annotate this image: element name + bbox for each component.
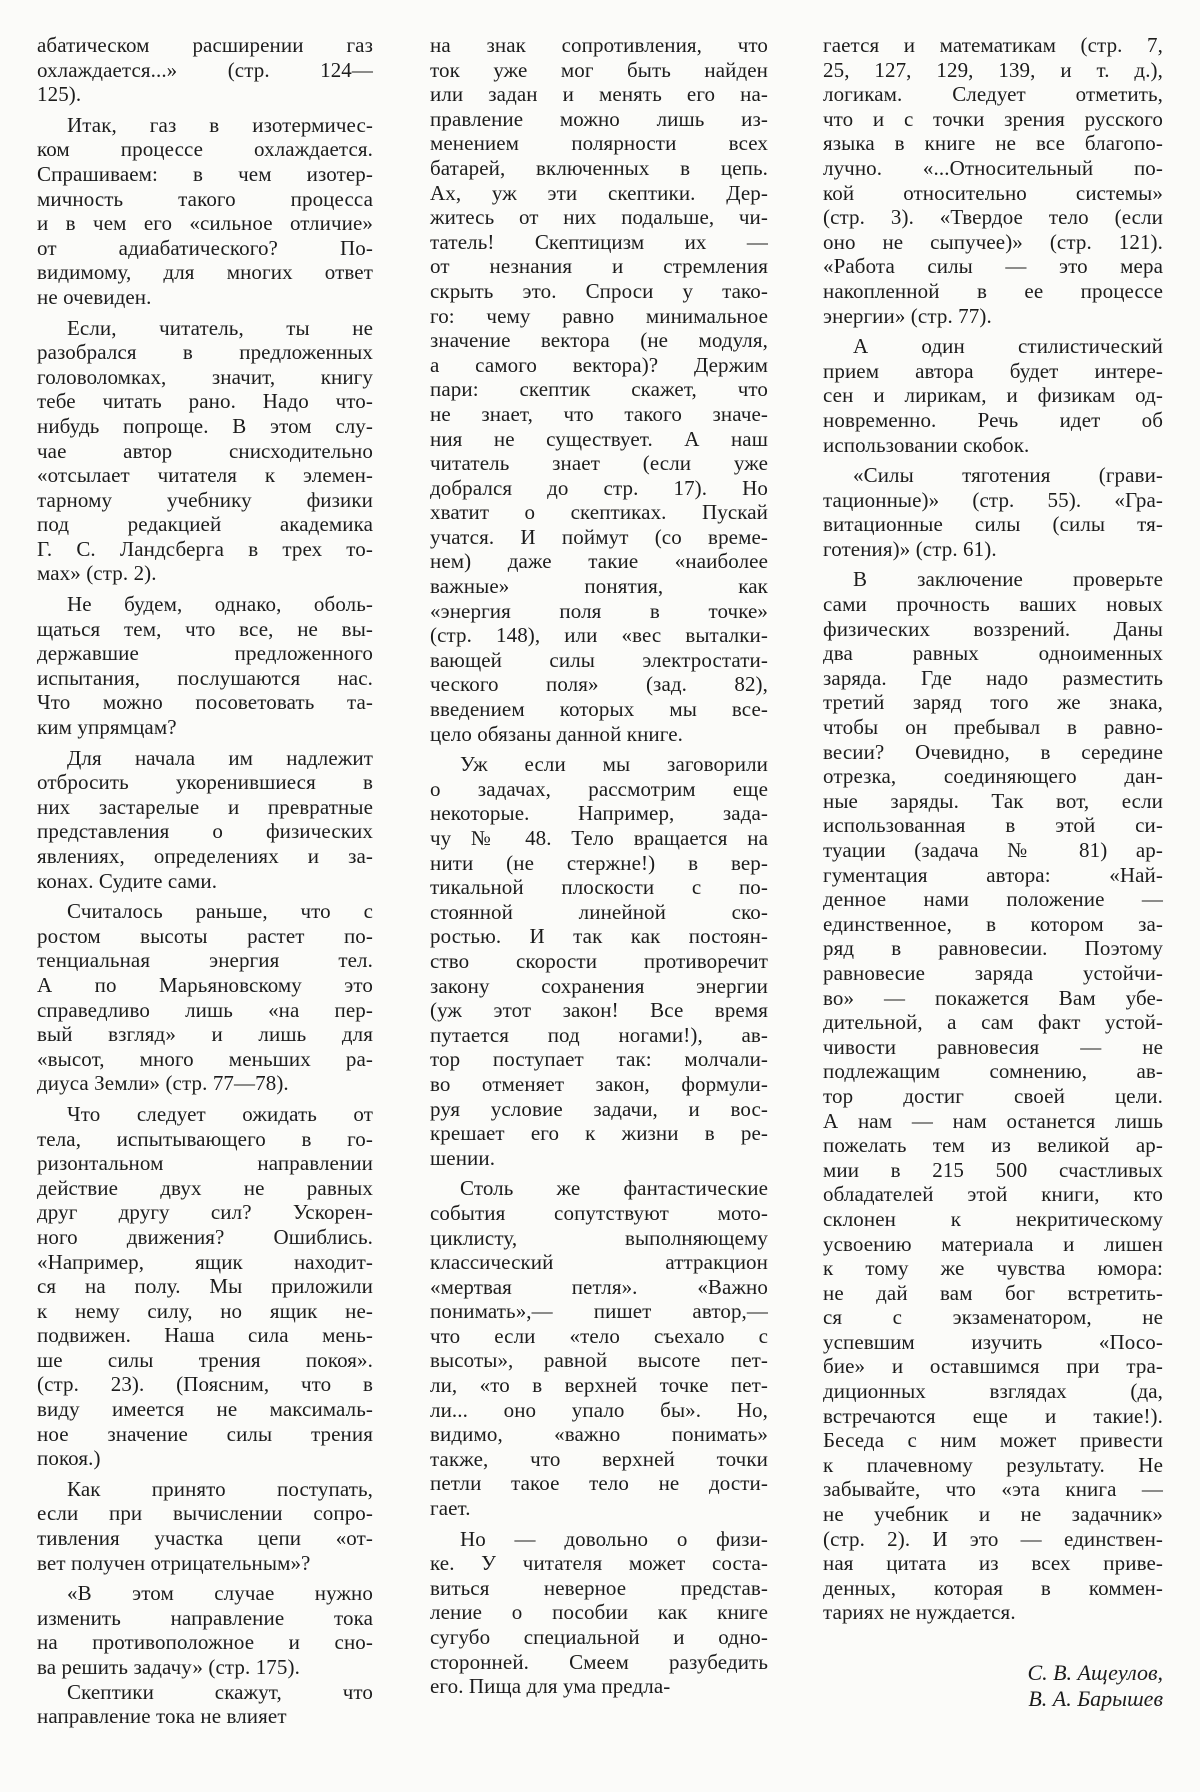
text-line: обладателей этой книги, кто [823, 1182, 1163, 1207]
text-line: петли такое тело не дости- [430, 1471, 768, 1496]
text-line: «мертвая петля». «Важно [430, 1275, 768, 1300]
text-line: сен и лирикам, и физикам од- [823, 383, 1163, 408]
text-line: Для начала им надлежит [37, 746, 373, 771]
text-line: «В этом случае нужно [37, 1581, 373, 1606]
text-line: действие двух не равных [37, 1176, 373, 1201]
text-line: ление о пособии как книге [430, 1600, 768, 1625]
text-line: мии в 215 500 счастливых [823, 1158, 1163, 1183]
text-line: важные» понятия, как [430, 574, 768, 599]
text-line: равновесие заряда устойчи- [823, 961, 1163, 986]
text-line: кой относительно системы» [823, 181, 1163, 206]
text-line: Ах, уж эти скептики. Дер- [430, 181, 768, 206]
text-line: ся с экзаменатором, не [823, 1305, 1163, 1330]
text-line: Не будем, однако, оболь- [37, 592, 373, 617]
text-line: ния не существует. А наш [430, 427, 768, 452]
text-line: пари: скептик скажет, что [430, 377, 768, 402]
author-name-2: В. А. Барышев [997, 1686, 1163, 1712]
text-line: разобрался в предложенных [37, 340, 373, 365]
text-line: ва решить задачу» (стр. 175). [37, 1655, 373, 1680]
text-line: к плачевному результату. Не [823, 1453, 1163, 1478]
text-line: шении. [430, 1146, 768, 1171]
text-line: направление тока не влияет [37, 1704, 373, 1729]
text-line: оно не сыпучее)» (стр. 121). [823, 230, 1163, 255]
text-line: батарей, включенных в цепь. [430, 156, 768, 181]
paragraph: В заключение проверьтесами прочность ваш… [823, 567, 1163, 1625]
text-line: чтобы он пребывал в равно- [823, 715, 1163, 740]
text-line: физических воззрений. Даны [823, 617, 1163, 642]
text-line: «Силы тяготения (грави- [823, 463, 1163, 488]
text-line: Беседа с ним может привести [823, 1428, 1163, 1453]
text-line: не учебник и не задачник» [823, 1502, 1163, 1527]
author-name-1: С. В. Ащеулов, [997, 1660, 1163, 1686]
text-line: к тому же чувства юмора: [823, 1256, 1163, 1281]
text-line: высоты», равной высоте пет- [430, 1348, 768, 1373]
text-line: новременно. Речь идет об [823, 408, 1163, 433]
text-line: ше силы трения покоя». [37, 1348, 373, 1373]
text-line: сугубо специальной и одно- [430, 1625, 768, 1650]
text-line: друг другу сил? Ускорен- [37, 1200, 373, 1225]
paragraph: гается и математикам (стр. 7,25, 127, 12… [823, 33, 1163, 328]
text-line: ческого поля» (зад. 82), [430, 672, 768, 697]
text-line: весии? Очевидно, в середине [823, 740, 1163, 765]
text-line: испытания, послушаются нас. [37, 666, 373, 691]
text-line: понимать»,— пишет автор,— [430, 1299, 768, 1324]
text-line: от адиабатического? По- [37, 236, 373, 261]
text-line: «энергия поля в точке» [430, 599, 768, 624]
text-line: ким упрямцам? [37, 715, 373, 740]
text-line: видимо, «важно понимать» [430, 1422, 768, 1447]
text-line: путается под ногами!), ав- [430, 1023, 768, 1048]
text-line: его. Пища для ума предла- [430, 1674, 768, 1699]
text-line: головоломках, значит, книгу [37, 365, 373, 390]
text-line: вающей силы электростати- [430, 648, 768, 673]
text-line: тарному учебнику физики [37, 488, 373, 513]
text-line: го: чему равно минимальное [430, 304, 768, 329]
text-line: тивления участка цепи «от- [37, 1526, 373, 1551]
text-line: (уж этот закон! Все время [430, 998, 768, 1023]
text-line: тор поступает так: молчали- [430, 1047, 768, 1072]
text-line: читатель знает (если уже [430, 451, 768, 476]
text-line: на противоположное и сно- [37, 1630, 373, 1655]
text-line: не очевиден. [37, 285, 373, 310]
text-line: скрыть это. Спроси у тако- [430, 279, 768, 304]
text-line: нем) даже такие «наиболее [430, 549, 768, 574]
text-line: гументация автора: «Най- [823, 863, 1163, 888]
text-line: ке. У читателя может соста- [430, 1551, 768, 1576]
text-line: бие» и оставшимся при тра- [823, 1354, 1163, 1379]
text-line: подвижен. Наша сила мень- [37, 1323, 373, 1348]
text-line: ризонтальном направлении [37, 1151, 373, 1176]
text-line: руя условие задачи, и вос- [430, 1097, 768, 1122]
text-line: под редакцией академика [37, 512, 373, 537]
text-line: мичность такого процесса [37, 187, 373, 212]
text-line: ростом высоты растет по- [37, 924, 373, 949]
text-line: циклисту, выполняющему [430, 1226, 768, 1251]
text-line: охлаждается...» (стр. 124— [37, 58, 373, 83]
text-line: абатическом расширении газ [37, 33, 373, 58]
text-line: добрался до стр. 17). Но [430, 476, 768, 501]
text-line: видимому, для многих ответ [37, 260, 373, 285]
paragraph: Итак, газ в изотермичес-ком процессе охл… [37, 113, 373, 310]
text-line: тационные)» (стр. 55). «Гра- [823, 488, 1163, 513]
text-line: прием автора будет интере- [823, 359, 1163, 384]
text-line: о задачах, рассмотрим еще [430, 777, 768, 802]
text-line: вый взгляд» и лишь для [37, 1022, 373, 1047]
paragraph: Не будем, однако, оболь-щаться тем, что … [37, 592, 373, 740]
text-column-1: абатическом расширении газохлаждается...… [37, 33, 373, 1729]
text-line: а самого вектора)? Держим [430, 353, 768, 378]
magazine-page: абатическом расширении газохлаждается...… [0, 0, 1200, 1792]
paragraph: «В этом случае нужноизменить направление… [37, 1581, 373, 1679]
text-line: ная цитата из всех приве- [823, 1551, 1163, 1576]
text-line: сторонней. Смеем разубедить [430, 1650, 768, 1675]
text-line: 25, 127, 129, 139, и т. д.), [823, 58, 1163, 83]
text-line: покоя.) [37, 1446, 373, 1471]
text-line: нити (не стержне!) в вер- [430, 851, 768, 876]
text-line: события сопутствуют мото- [430, 1201, 768, 1226]
text-line: (стр. 148), или «вес выталки- [430, 623, 768, 648]
text-line: изменить направление тока [37, 1606, 373, 1631]
text-line: накопленной в ее процессе [823, 279, 1163, 304]
text-line: от незнания и стремления [430, 254, 768, 279]
text-line: тенциальная энергия тел. [37, 948, 373, 973]
text-line: ли... оно упало бы». Но, [430, 1398, 768, 1423]
text-line: Как принято поступать, [37, 1477, 373, 1502]
text-line: витационные силы (силы тя- [823, 512, 1163, 537]
text-line: к нему силу, но ящик не- [37, 1299, 373, 1324]
text-line: В заключение проверьте [823, 567, 1163, 592]
text-line: отбросить укоренившиеся в [37, 770, 373, 795]
text-line: введением которых мы все- [430, 697, 768, 722]
text-line: конах. Судите сами. [37, 869, 373, 894]
text-line: ряд в равновесии. Поэтому [823, 936, 1163, 961]
text-line: щаться тем, что все, не вы- [37, 617, 373, 642]
text-line: ся на полу. Мы приложили [37, 1274, 373, 1299]
text-line: Уж если мы заговорили [430, 752, 768, 777]
text-line: цело обязаны данной книге. [430, 722, 768, 747]
text-line: «высот, много меньших ра- [37, 1047, 373, 1072]
text-line: также, что верхней точки [430, 1447, 768, 1472]
text-column-3: гается и математикам (стр. 7,25, 127, 12… [823, 33, 1163, 1625]
paragraph: на знак сопротивления, чтоток уже мог бы… [430, 33, 768, 746]
paragraph: Что следует ожидать оттела, испытывающег… [37, 1102, 373, 1471]
paragraph: Для начала им надлежитотбросить укоренив… [37, 746, 373, 894]
text-line: Но — довольно о физи- [430, 1527, 768, 1552]
text-line: гается и математикам (стр. 7, [823, 33, 1163, 58]
text-line: не дай вам бог встретить- [823, 1281, 1163, 1306]
text-line: «Например, ящик находит- [37, 1250, 373, 1275]
text-column-2: на знак сопротивления, чтоток уже мог бы… [430, 33, 768, 1699]
text-line: виться неверное представ- [430, 1576, 768, 1601]
paragraph: Столь же фантастическиесобытия сопутству… [430, 1176, 768, 1520]
text-line: чивости равновесия — не [823, 1035, 1163, 1060]
text-line: использованная в этой си- [823, 813, 1163, 838]
text-line: денных, которая в коммен- [823, 1576, 1163, 1601]
text-line: Столь же фантастические [430, 1176, 768, 1201]
text-line: усвоению материала и лишен [823, 1232, 1163, 1257]
paragraph: Скептики скажут, чтонаправление тока не … [37, 1680, 373, 1729]
text-line: мах» (стр. 2). [37, 561, 373, 586]
text-line: Скептики скажут, что [37, 1680, 373, 1705]
paragraph: Как принято поступать,если при вычислени… [37, 1477, 373, 1575]
text-line: Итак, газ в изотермичес- [37, 113, 373, 138]
text-line: энергии» (стр. 77). [823, 304, 1163, 329]
paragraph: Но — довольно о физи-ке. У читателя може… [430, 1527, 768, 1699]
paragraph: Если, читатель, ты неразобрался в предло… [37, 316, 373, 587]
text-line: во отменяет закон, формули- [430, 1072, 768, 1097]
text-line: татель! Скептицизм их — [430, 230, 768, 255]
text-line: не знает, что такого значе- [430, 402, 768, 427]
text-line: ли, «то в верхней точке пет- [430, 1373, 768, 1398]
text-line: тебе читать рано. Надо что- [37, 389, 373, 414]
text-line: что и с точки зрения русского [823, 107, 1163, 132]
text-line: единственное, в котором за- [823, 912, 1163, 937]
text-line: Что можно посоветовать та- [37, 690, 373, 715]
text-line: правление можно лишь из- [430, 107, 768, 132]
text-line: сами прочность ваших новых [823, 592, 1163, 617]
text-line: диуса Земли» (стр. 77—78). [37, 1071, 373, 1096]
text-line: (стр. 23). (Поясним, что в [37, 1372, 373, 1397]
text-line: А нам — нам останется лишь [823, 1109, 1163, 1134]
text-line: встречаются еще и такие!). [823, 1404, 1163, 1429]
text-line: Считалось раньше, что с [37, 899, 373, 924]
text-line: диционных взглядах (да, [823, 1379, 1163, 1404]
text-line: тариях не нуждается. [823, 1600, 1163, 1625]
text-line: виду имеется не максималь- [37, 1397, 373, 1422]
text-line: менением полярности всех [430, 131, 768, 156]
text-line: тикальной плоскости с по- [430, 875, 768, 900]
text-line: классический аттракцион [430, 1250, 768, 1275]
text-line: заряда. Где надо разместить [823, 666, 1163, 691]
text-line: во» — покажется Вам убе- [823, 986, 1163, 1011]
text-line: ство скорости противоречит [430, 949, 768, 974]
text-line: А один стилистический [823, 334, 1163, 359]
text-line: ростью. И так как постоян- [430, 924, 768, 949]
text-line: «Работа силы — это мера [823, 254, 1163, 279]
text-line: два равных одноименных [823, 641, 1163, 666]
paragraph: А один стилистическийприем автора будет … [823, 334, 1163, 457]
text-line: третий заряд того же знака, [823, 690, 1163, 715]
text-line: закону сохранения энергии [430, 974, 768, 999]
text-line: ное значение силы трения [37, 1422, 373, 1447]
text-line: Спрашиваем: в чем изотер- [37, 162, 373, 187]
text-line: хватит о скептиках. Пускай [430, 500, 768, 525]
text-line: (стр. 2). И это — единствен- [823, 1527, 1163, 1552]
text-line: логикам. Следует отметить, [823, 82, 1163, 107]
text-line: представления о физических [37, 819, 373, 844]
text-line: успевшим изучить «Посо- [823, 1330, 1163, 1355]
text-line: что если «тело съехало с [430, 1324, 768, 1349]
text-line: Если, читатель, ты не [37, 316, 373, 341]
text-line: Что следует ожидать от [37, 1102, 373, 1127]
text-line: тела, испытывающего в го- [37, 1127, 373, 1152]
text-line: учатся. И поймут (со време- [430, 525, 768, 550]
text-line: чу № 48. Тело вращается на [430, 826, 768, 851]
text-line: использовании скобок. [823, 433, 1163, 458]
paragraph: абатическом расширении газохлаждается...… [37, 33, 373, 107]
text-line: и в чем его «сильное отличие» [37, 211, 373, 236]
text-line: ток уже мог быть найден [430, 58, 768, 83]
text-line: значение вектора (не модуля, [430, 328, 768, 353]
text-line: дительной, а сам факт устой- [823, 1010, 1163, 1035]
text-line: тор достиг своей цели. [823, 1084, 1163, 1109]
text-line: Г. С. Ландсберга в трех то- [37, 537, 373, 562]
text-line: если при вычислении сопро- [37, 1501, 373, 1526]
text-line: крешает его к жизни в ре- [430, 1121, 768, 1146]
text-line: некоторые. Например, зада- [430, 801, 768, 826]
text-line: справедливо лишь «на пер- [37, 998, 373, 1023]
paragraph: Уж если мы заговорилио задачах, рассмотр… [430, 752, 768, 1170]
text-line: лучно. «...Относительный по- [823, 156, 1163, 181]
text-line: 125). [37, 82, 373, 107]
text-line: нибудь попроще. В этом слу- [37, 414, 373, 439]
paragraph: Считалось раньше, что сростом высоты рас… [37, 899, 373, 1096]
text-line: отрезка, соединяющего дан- [823, 764, 1163, 789]
text-line: забывайте, что «эта книга — [823, 1477, 1163, 1502]
text-line: или задан и менять его на- [430, 82, 768, 107]
text-line: готения)» (стр. 61). [823, 537, 1163, 562]
text-line: склонен к некритическому [823, 1207, 1163, 1232]
text-line: вет получен отрицательным»? [37, 1551, 373, 1576]
text-line: гает. [430, 1496, 768, 1521]
text-line: стоянной линейной ско- [430, 900, 768, 925]
text-line: А по Марьяновскому это [37, 973, 373, 998]
text-line: денное нами положение — [823, 887, 1163, 912]
text-line: житесь от них подальше, чи- [430, 205, 768, 230]
text-line: на знак сопротивления, что [430, 33, 768, 58]
text-line: туации (задача № 81) ар- [823, 838, 1163, 863]
text-line: «отсылает читателя к элемен- [37, 463, 373, 488]
text-line: языка в книге не все благопо- [823, 131, 1163, 156]
text-line: (стр. 3). «Твердое тело (если [823, 205, 1163, 230]
paragraph: «Силы тяготения (грави-тационные)» (стр.… [823, 463, 1163, 561]
text-line: пожелать тем из великой ар- [823, 1133, 1163, 1158]
text-line: явлениях, определениях и за- [37, 844, 373, 869]
text-line: чае автор снисходительно [37, 439, 373, 464]
text-line: державшие предложенного [37, 641, 373, 666]
text-line: ного движения? Ошиблись. [37, 1225, 373, 1250]
text-line: ком процессе охлаждается. [37, 137, 373, 162]
author-signature: С. В. Ащеулов, В. А. Барышев [997, 1660, 1163, 1712]
text-line: них застарелые и превратные [37, 795, 373, 820]
text-line: подлежащим сомнению, ав- [823, 1059, 1163, 1084]
text-line: ные заряды. Так вот, если [823, 789, 1163, 814]
